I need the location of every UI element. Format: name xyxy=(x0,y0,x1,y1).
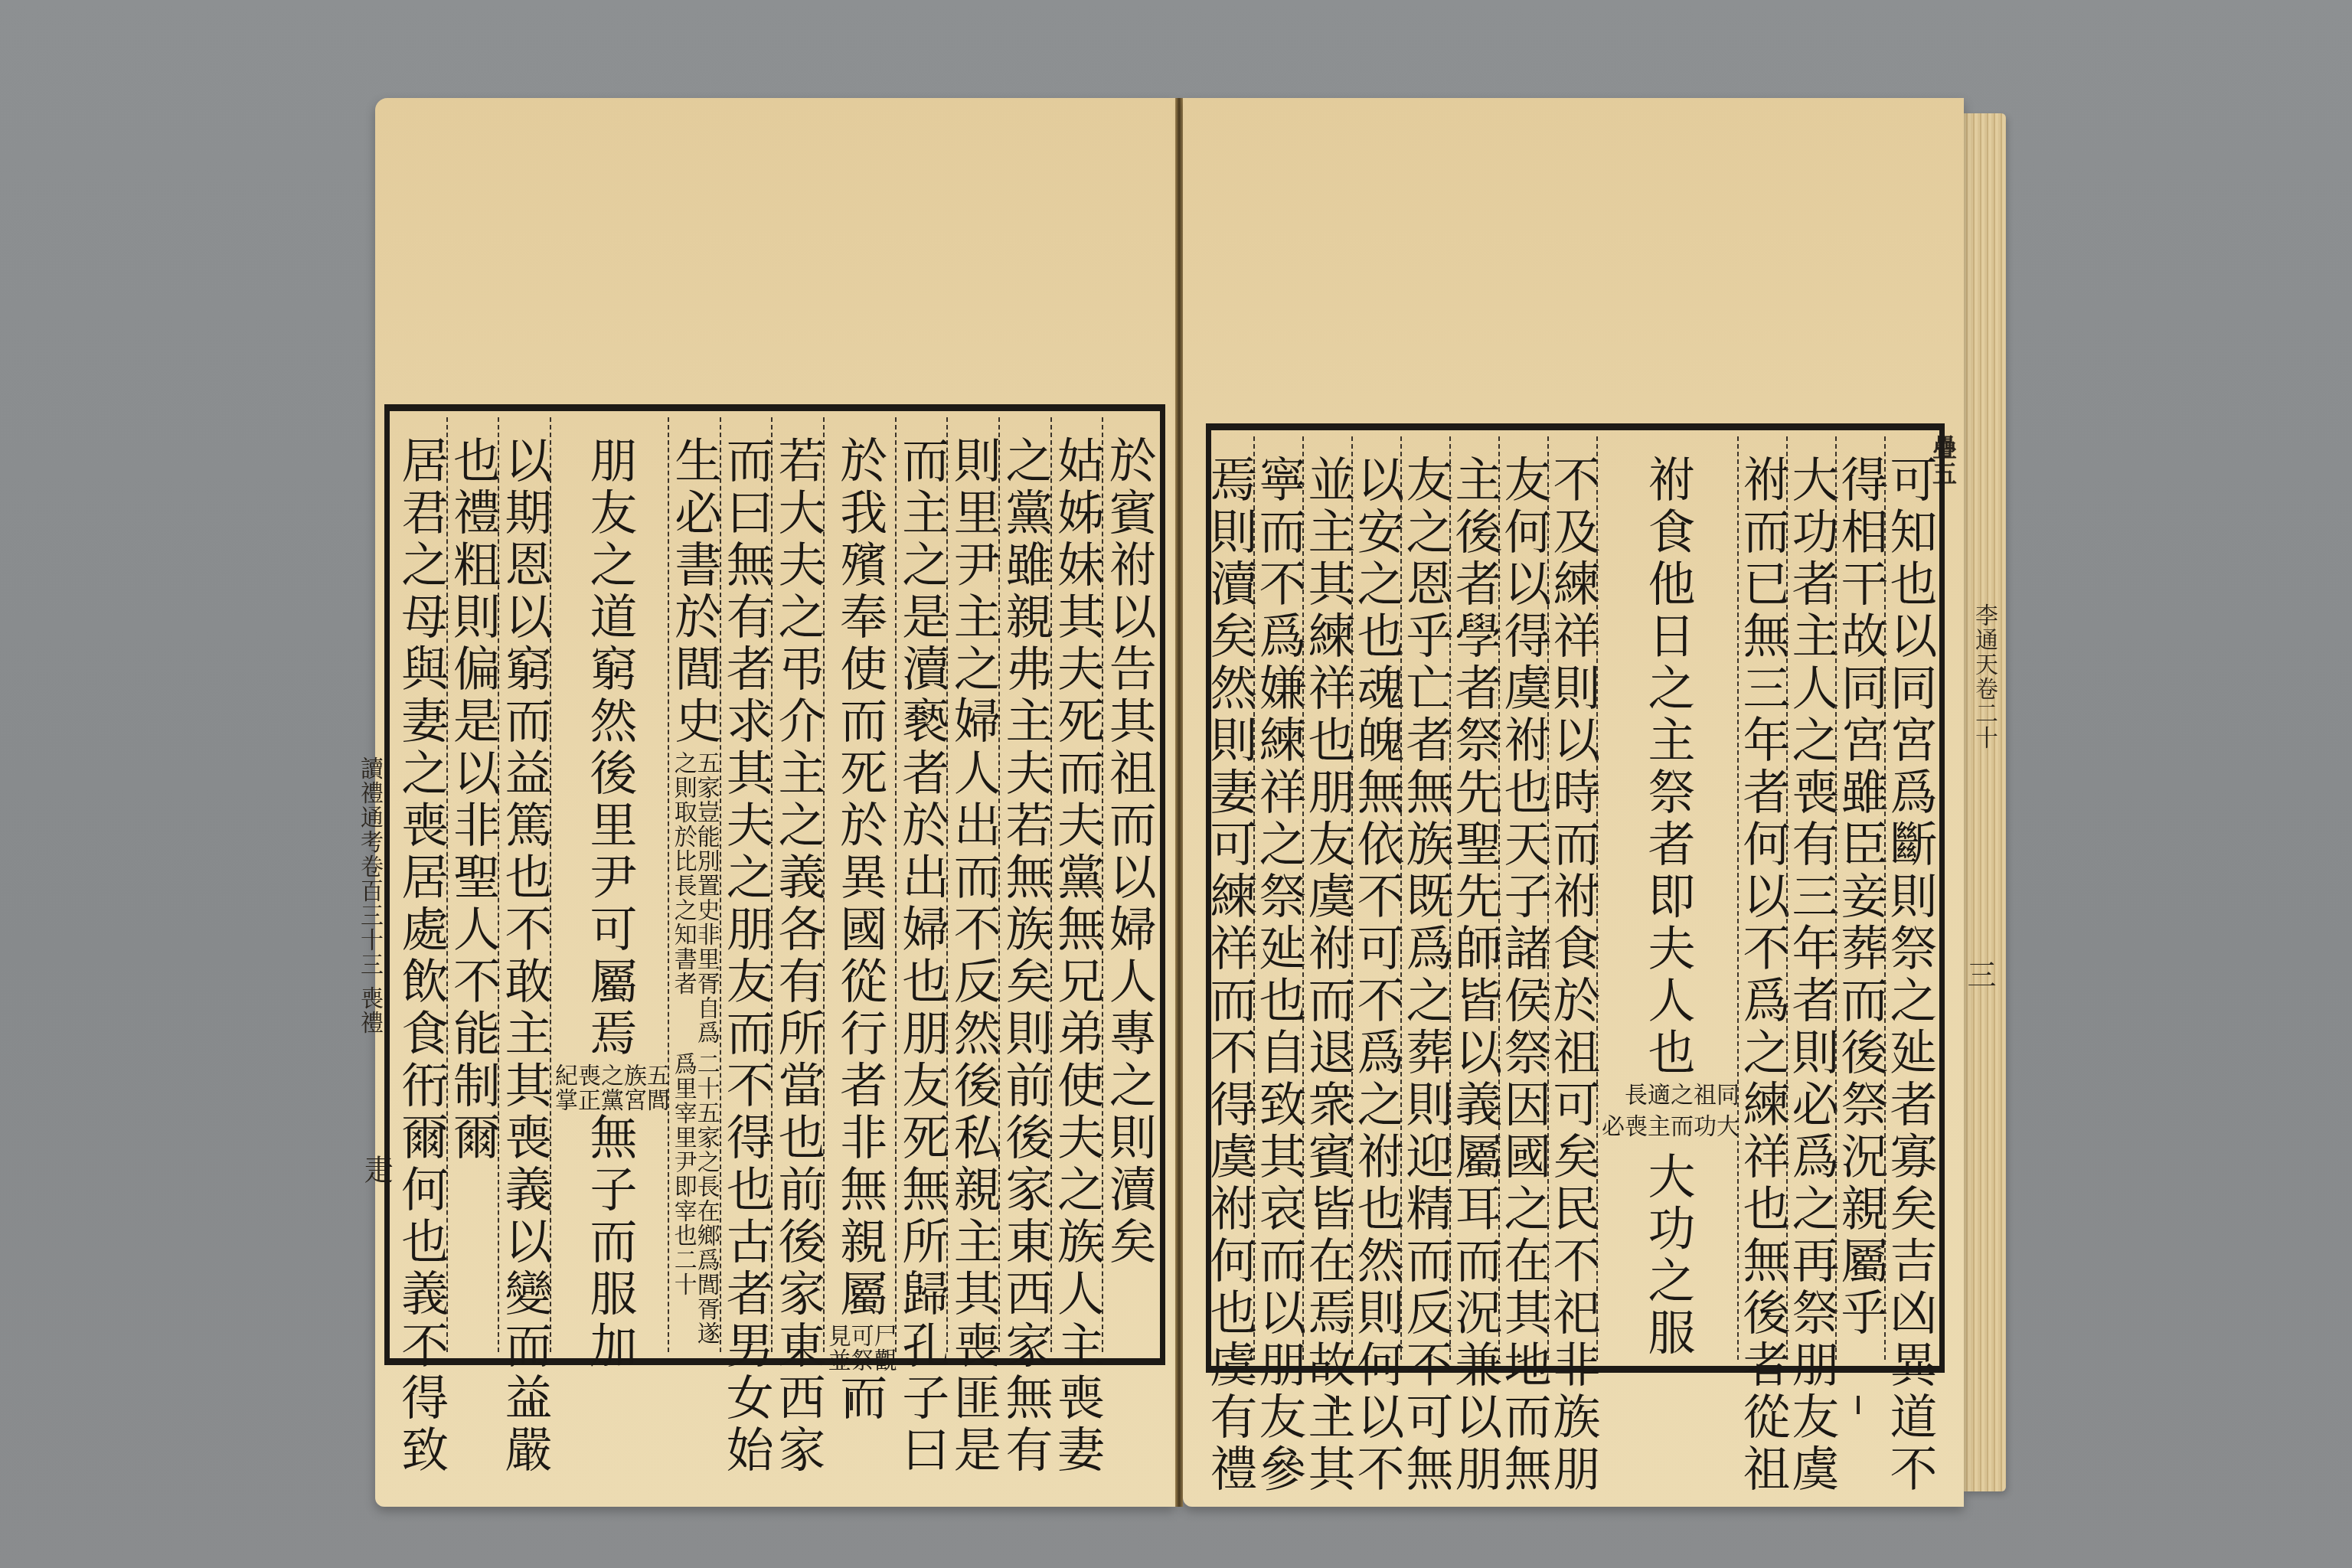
text-column: 得相干故同宮雖臣妾葬而後祭況親屬乎 xyxy=(1835,436,1884,1360)
text-column: 也禮粗則偏是以非聖人不能制爾 xyxy=(446,417,498,1352)
text-column: 可知也以同宮爲斷則祭之㢟者寡矣吉凶異道不 xyxy=(1884,436,1933,1360)
interlinear-note: 觀祭並尸可見 xyxy=(825,1324,895,1373)
text-column: 於賓祔以告其祖而以婦人專之則瀆矣 xyxy=(1102,417,1154,1352)
text-column: 於我殯奉使而死於異國從行者非無親屬 觀祭並尸可見 而 xyxy=(823,417,895,1352)
left-columns: 於賓祔以告其祖而以婦人專之則瀆矣 姑姊妹其夫死而夫黨無兄弟使夫之族人主喪妻 之黨… xyxy=(396,417,1154,1352)
right-page: 疊五 李通天卷二十 三 可知也以同宮爲斷則祭之㢟者寡矣吉凶異道不 得相干故同宮雖… xyxy=(1183,98,1964,1507)
text-column: 而曰無有者求其夫之朋友而不得也古者男女始 xyxy=(720,417,772,1352)
text-column: 焉則瀆矣然則妻可練祥而不得虞祔何也虞有禮 xyxy=(1206,436,1253,1360)
text-column: 友何以得虞祔也天子諸侯祭因國之在其地而無 xyxy=(1498,436,1547,1360)
left-page: 讀禮通考卷百三十三 喪禮 疌 於賓祔以告其祖而以婦人專之則瀆矣 姑姊妹其夫死而夫… xyxy=(375,98,1175,1507)
text-column: 之黨雖親弗主夫若無族矣則前後家東西家無有 xyxy=(998,417,1050,1352)
book-gutter xyxy=(1175,98,1183,1507)
open-book: 讀禮通考卷百三十三 喪禮 疌 於賓祔以告其祖而以婦人專之則瀆矣 姑姊妹其夫死而夫… xyxy=(375,98,2014,1507)
right-banxin-title: 李通天卷二十 xyxy=(1967,603,2001,750)
left-banxin-title: 讀禮通考卷百三十三 喪禮 xyxy=(352,756,386,1035)
right-banxin-page-mark: 三 xyxy=(1958,959,2001,990)
ink-mark xyxy=(850,1392,853,1410)
text-column: 則里尹主之婦人出而不反然後私親主其喪匪是 xyxy=(946,417,998,1352)
right-text-frame: 可知也以同宮爲斷則祭之㢟者寡矣吉凶異道不 得相干故同宮雖臣妾葬而後祭況親屬乎 大… xyxy=(1206,423,1945,1373)
ink-mark xyxy=(1336,1396,1339,1414)
text-column: 祔而已無三年者何以不爲之練祥也無後者從祖 xyxy=(1737,436,1786,1360)
interlinear-note: 閭宮黨正掌五族之喪紀 xyxy=(551,1063,668,1112)
left-text-frame: 於賓祔以告其祖而以婦人專之則瀆矣 姑姊妹其夫死而夫黨無兄弟使夫之族人主喪妻 之黨… xyxy=(384,404,1165,1365)
text-column: 朋友之道窮然後里尹可屬焉 閭宮黨正掌五族之喪紀 無子而服加 xyxy=(550,417,668,1352)
ink-mark xyxy=(530,1392,533,1410)
page-edges xyxy=(1964,113,2006,1491)
text-column: 而主之是瀆褻者於出婦也朋友死無所歸孔子曰 xyxy=(895,417,947,1352)
text-column: 並主其練祥也朋友虞祔而退衆賓皆在焉故主其 xyxy=(1302,436,1351,1360)
interlinear-note: 二十五家之長在鄉爲閭胥遂爲里宰里尹即宰也二十五家豈能別置史非里胥自爲之則取於比長… xyxy=(671,751,718,1352)
text-column: 寧而不爲嫌練祥之祭㢟也自致其哀而以朋友參 xyxy=(1253,436,1302,1360)
ink-mark xyxy=(1857,1396,1860,1414)
text-column: 若大夫之弔介主之義各有所當也前後家東西家 xyxy=(771,417,823,1352)
text-column: 生必書於閭史 二十五家之長在鄉爲閭胥遂爲里宰里尹即宰也二十五家豈能別置史非里胥自… xyxy=(668,417,720,1352)
text-column: 大功者主人之喪有三年者則必爲之再祭朋友虞 xyxy=(1786,436,1835,1360)
text-column: 以安之也魂魄無依不可不爲之祔也然則何以不 xyxy=(1351,436,1400,1360)
interlinear-note: 大功而主喪必同祖之適長 xyxy=(1598,1083,1737,1151)
text-column: 姑姊妹其夫死而夫黨無兄弟使夫之族人主喪妻 xyxy=(1050,417,1102,1352)
text-column: 祔食他日之主祭者即夫人也 大功而主喪必同祖之適長 大功之服 xyxy=(1596,436,1737,1360)
text-column: 友之恩乎亡者無族既爲之葬則迎精而反不可無 xyxy=(1400,436,1449,1360)
text-column: 居君之母與妻之喪居處飲食衎爾何也義不得致 xyxy=(396,417,446,1352)
right-columns: 可知也以同宮爲斷則祭之㢟者寡矣吉凶異道不 得相干故同宮雖臣妾葬而後祭況親屬乎 大… xyxy=(1217,436,1933,1360)
text-column: 以期恩以窮而益篤也不敢主其喪義以變而益嚴 xyxy=(498,417,550,1352)
text-column: 不及練祥則以時而祔食於祖可矣民不祀非族朋 xyxy=(1547,436,1596,1360)
text-column: 主後者學者祭先聖先師皆以義屬耳而況兼以朋 xyxy=(1449,436,1498,1360)
